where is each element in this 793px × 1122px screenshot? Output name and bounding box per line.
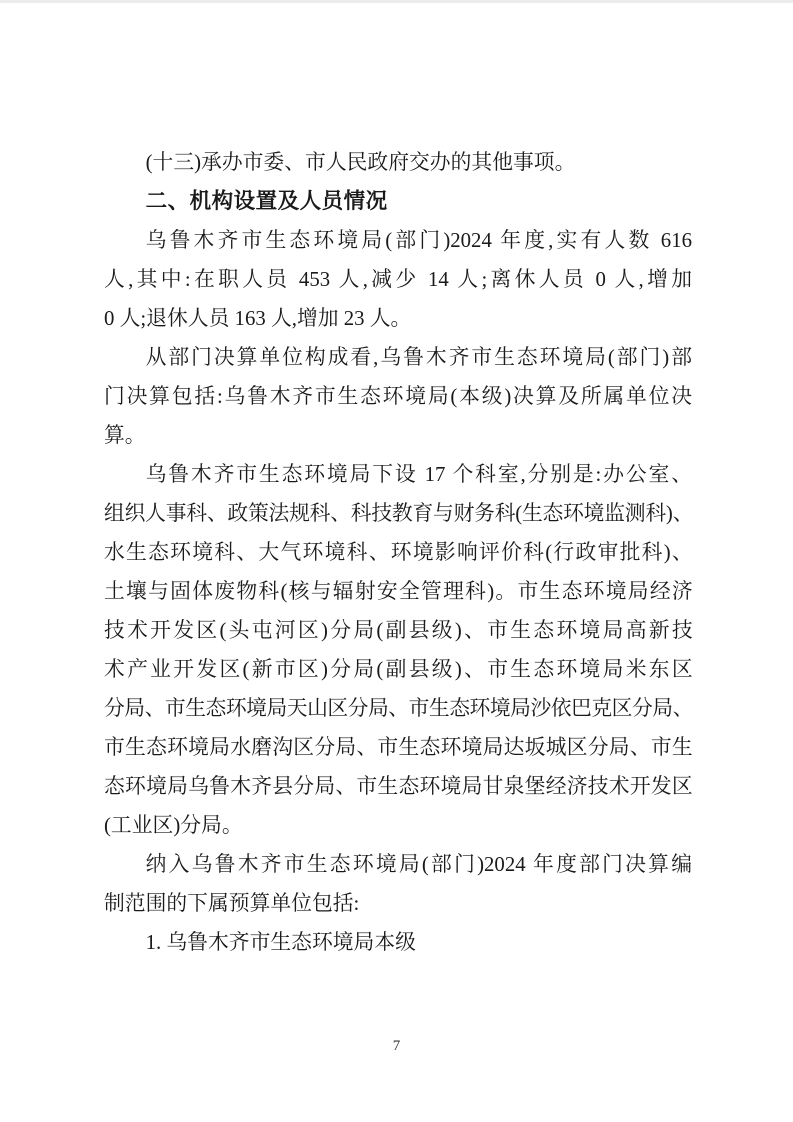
paragraph: 1. 乌鲁木齐市生态环境局本级	[104, 923, 692, 962]
doc-line: 0 人;退休人员 163 人,增加 23 人。	[104, 299, 692, 338]
doc-line: 纳入乌鲁木齐市生态环境局(部门)2024 年度部门决算编	[104, 845, 692, 884]
page-number: 7	[393, 1038, 401, 1054]
doc-line: 乌鲁木齐市生态环境局下设 17 个科室,分别是:办公室、	[104, 455, 692, 494]
paragraph: 乌鲁木齐市生态环境局下设 17 个科室,分别是:办公室、 组织人事科、政策法规科…	[104, 455, 692, 845]
document-body: (十三)承办市委、市人民政府交办的其他事项。 二、机构设置及人员情况 乌鲁木齐市…	[104, 143, 692, 962]
doc-line: (工业区)分局。	[104, 806, 692, 845]
paragraph: 从部门决算单位构成看,乌鲁木齐市生态环境局(部门)部 门决算包括:乌鲁木齐市生态…	[104, 338, 692, 455]
doc-line: 组织人事科、政策法规科、科技教育与财务科(生态环境监测科)、	[104, 494, 692, 533]
doc-line: 乌鲁木齐市生态环境局(部门)2024 年度,实有人数 616	[104, 221, 692, 260]
doc-line: 门决算包括:乌鲁木齐市生态环境局(本级)决算及所属单位决	[104, 377, 692, 416]
doc-line: 人,其中:在职人员 453 人,减少 14 人;离休人员 0 人,增加	[104, 260, 692, 299]
paragraph: (十三)承办市委、市人民政府交办的其他事项。	[104, 143, 692, 182]
scan-edge-shadow	[0, 0, 793, 3]
doc-line: 分局、市生态环境局天山区分局、市生态环境局沙依巴克区分局、	[104, 689, 692, 728]
paragraph: 乌鲁木齐市生态环境局(部门)2024 年度,实有人数 616 人,其中:在职人员…	[104, 221, 692, 338]
document-page: (十三)承办市委、市人民政府交办的其他事项。 二、机构设置及人员情况 乌鲁木齐市…	[0, 0, 793, 1122]
page-footer: 7	[0, 1036, 793, 1056]
doc-line: 从部门决算单位构成看,乌鲁木齐市生态环境局(部门)部	[104, 338, 692, 377]
list-item-line: 1. 乌鲁木齐市生态环境局本级	[104, 923, 692, 962]
doc-line: 算。	[104, 416, 692, 455]
doc-line: 技术开发区(头屯河区)分局(副县级)、市生态环境局高新技	[104, 611, 692, 650]
doc-line: 术产业开发区(新市区)分局(副县级)、市生态环境局米东区	[104, 650, 692, 689]
doc-line: (十三)承办市委、市人民政府交办的其他事项。	[104, 143, 692, 182]
doc-line: 土壤与固体废物科(核与辐射安全管理科)。市生态环境局经济	[104, 572, 692, 611]
section-heading: 二、机构设置及人员情况	[104, 182, 692, 221]
doc-line: 态环境局乌鲁木齐县分局、市生态环境局甘泉堡经济技术开发区	[104, 767, 692, 806]
doc-line: 水生态环境科、大气环境科、环境影响评价科(行政审批科)、	[104, 533, 692, 572]
paragraph: 二、机构设置及人员情况	[104, 182, 692, 221]
doc-line: 市生态环境局水磨沟区分局、市生态环境局达坂城区分局、市生	[104, 728, 692, 767]
paragraph: 纳入乌鲁木齐市生态环境局(部门)2024 年度部门决算编 制范围的下属预算单位包…	[104, 845, 692, 923]
doc-line: 制范围的下属预算单位包括:	[104, 884, 692, 923]
